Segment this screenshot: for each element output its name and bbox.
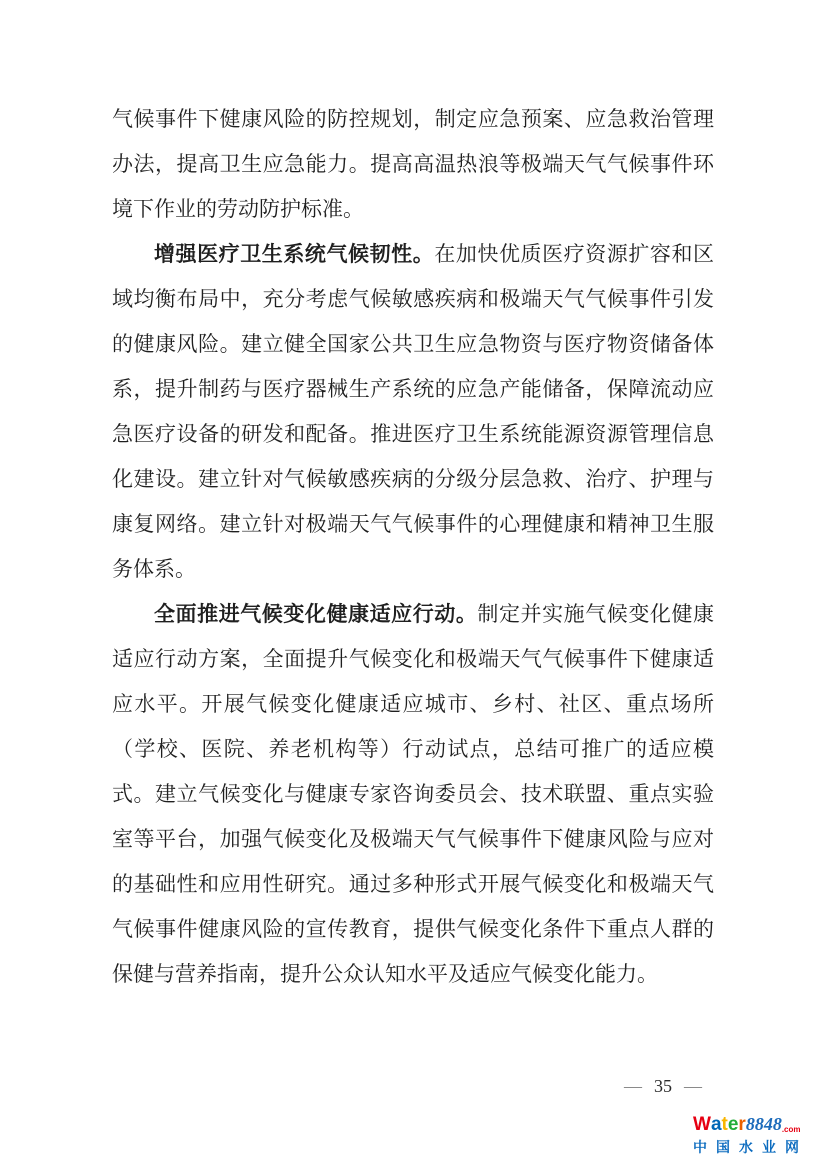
page-number-right-dash: — — [684, 1076, 702, 1096]
paragraph: 全面推进气候变化健康适应行动。制定并实施气候变化健康适应行动方案，全面提升气候变… — [112, 592, 714, 997]
logo-number: 8848 — [746, 1113, 782, 1135]
logo-letter: W — [693, 1114, 711, 1136]
logo-word: Water — [693, 1114, 746, 1136]
watermark-logo: Water8848.com 中国水业网 — [693, 1113, 819, 1157]
document-body: 气候事件下健康风险的防控规划，制定应急预案、应急救治管理办法，提高卫生应急能力。… — [112, 97, 714, 997]
logo-tagline: 中国水业网 — [693, 1137, 819, 1157]
page-number: —35— — [612, 1074, 714, 1098]
logo-letter: e — [728, 1114, 739, 1136]
paragraph-lead-heading: 全面推进气候变化健康适应行动。 — [154, 603, 477, 626]
paragraph: 增强医疗卫生系统气候韧性。在加快优质医疗资源扩容和区域均衡布局中，充分考虑气候敏… — [112, 232, 714, 592]
paragraph: 气候事件下健康风险的防控规划，制定应急预案、应急救治管理办法，提高卫生应急能力。… — [112, 97, 714, 232]
logo-letter: r — [738, 1114, 745, 1136]
document-page: 气候事件下健康风险的防控规划，制定应急预案、应急救治管理办法，提高卫生应急能力。… — [0, 0, 826, 1169]
logo-tld: .com — [782, 1124, 801, 1136]
page-number-value: 35 — [654, 1076, 672, 1096]
logo-wordmark: Water8848.com — [693, 1113, 819, 1136]
page-number-left-dash: — — [624, 1076, 642, 1096]
logo-letter: a — [711, 1114, 722, 1136]
paragraph-lead-heading: 增强医疗卫生系统气候韧性。 — [154, 243, 434, 266]
